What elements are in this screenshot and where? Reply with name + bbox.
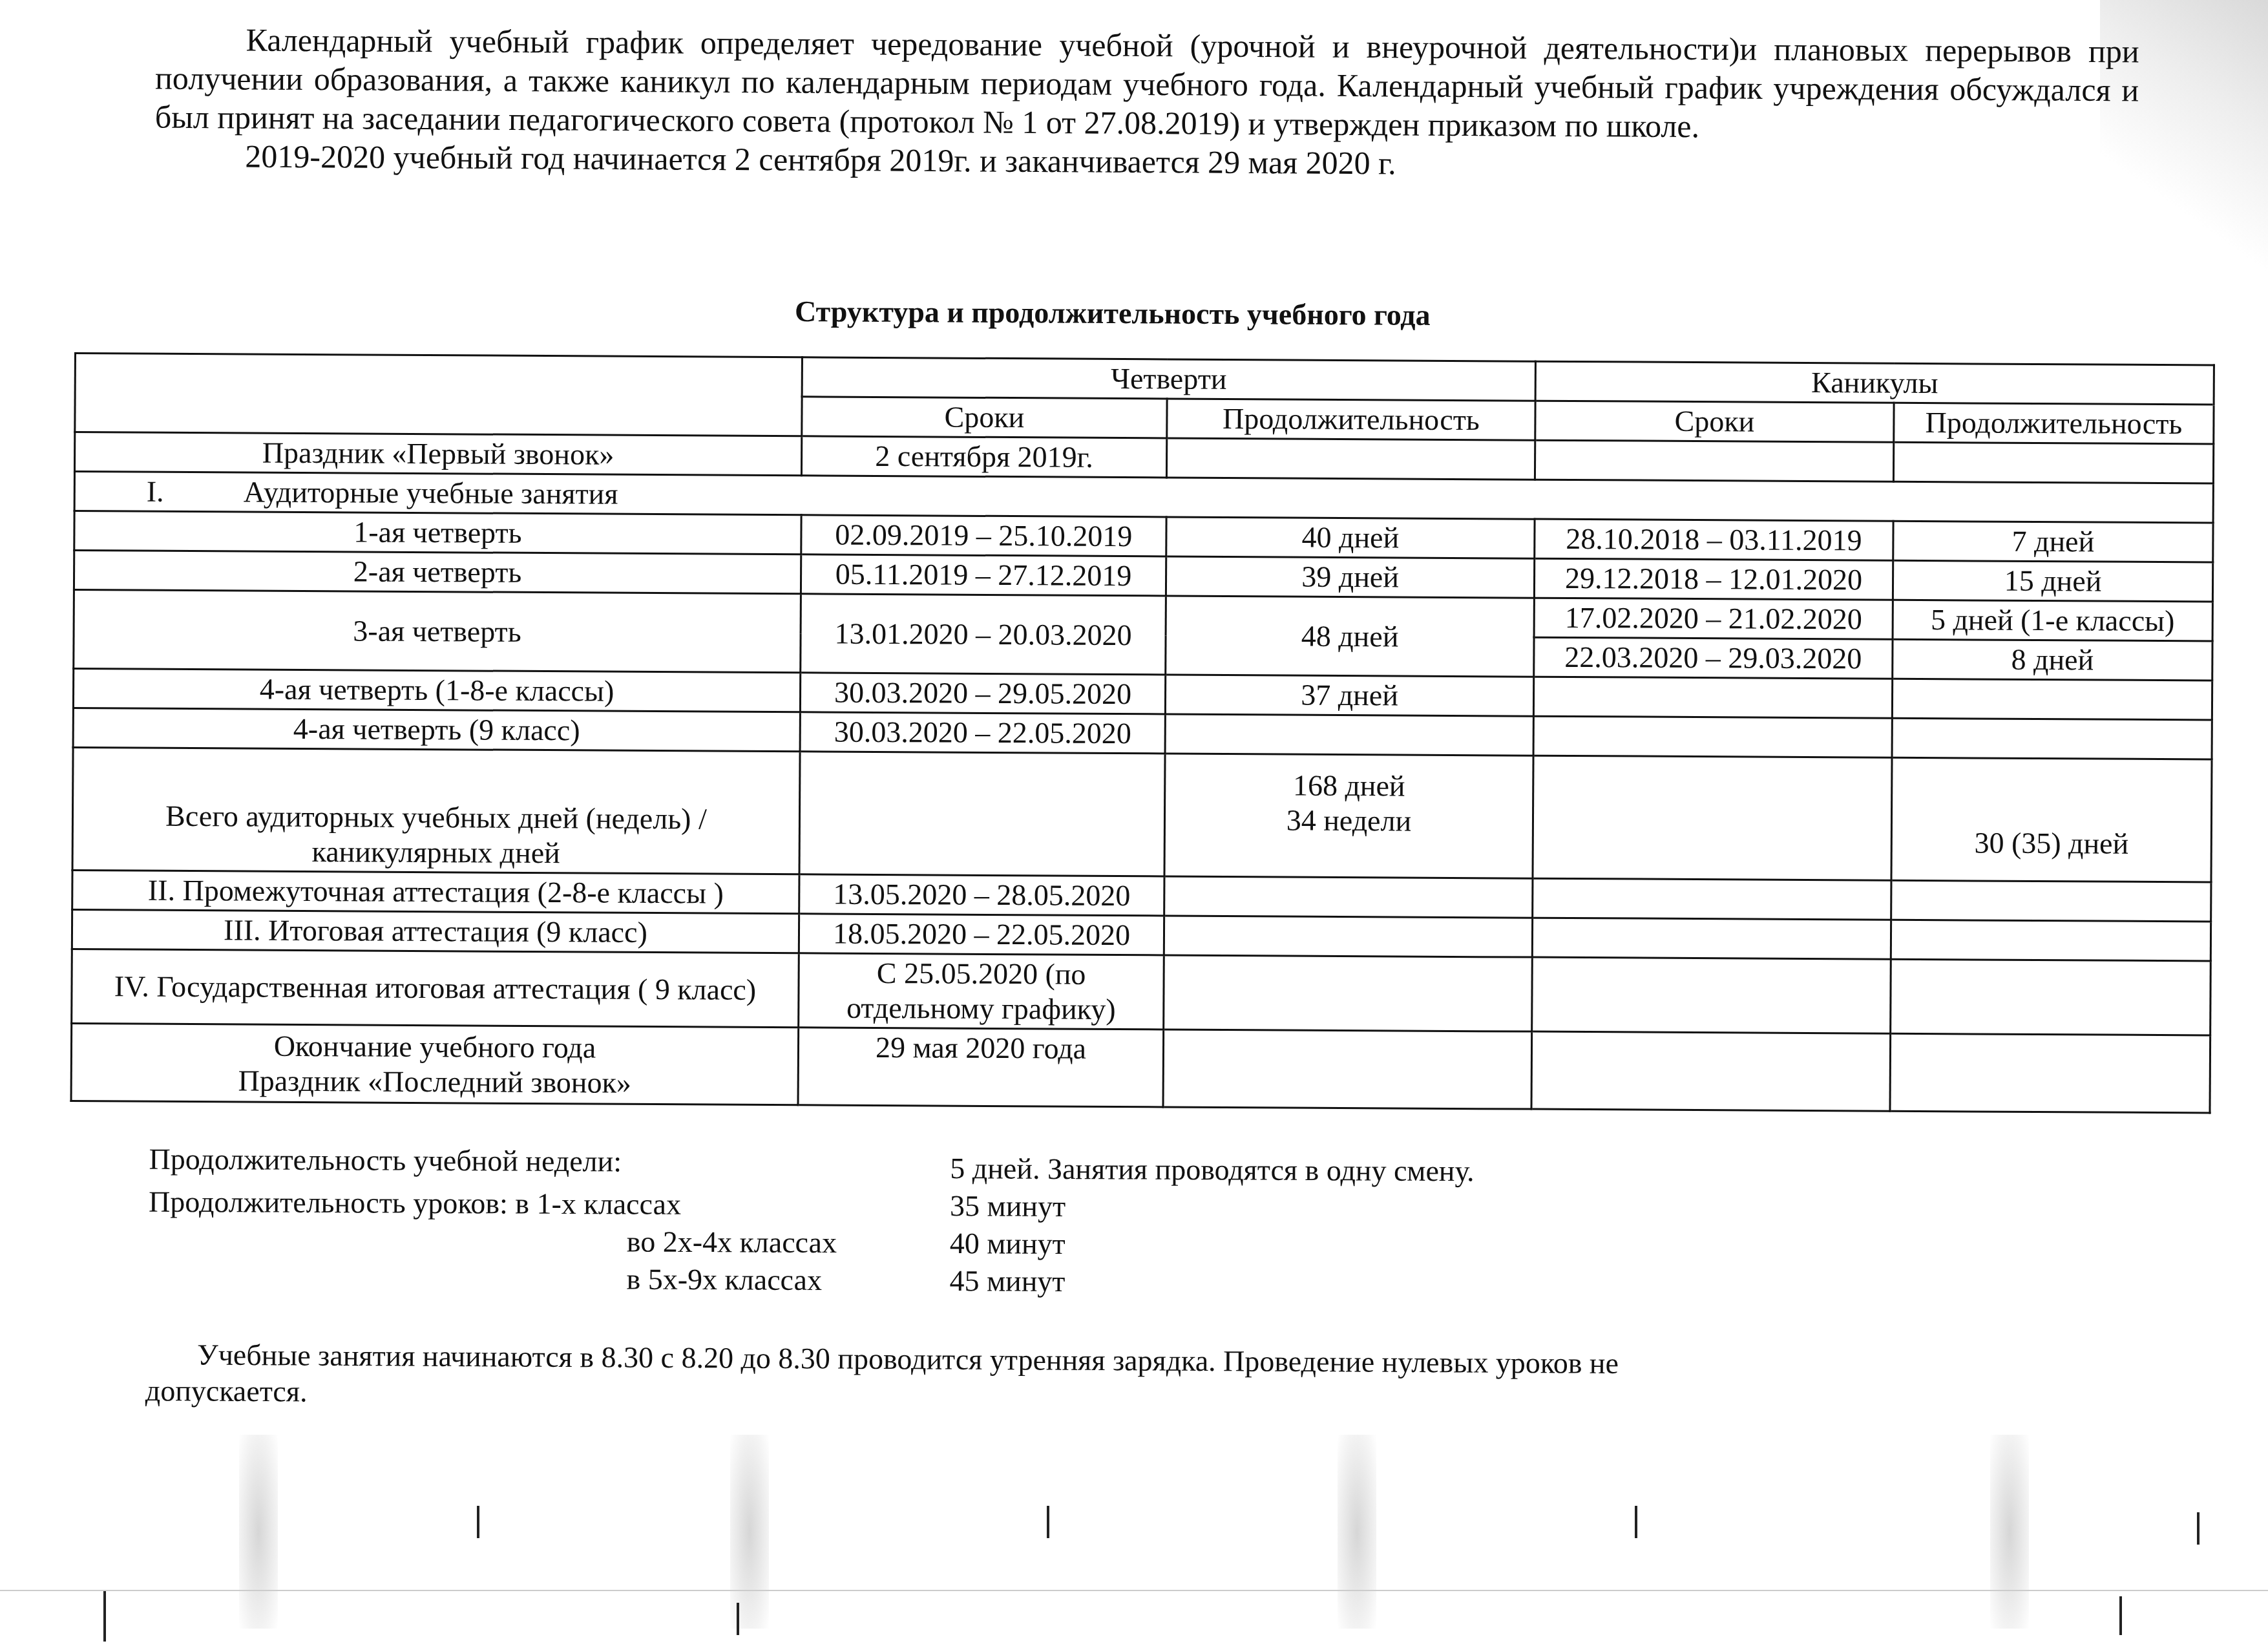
- total-row: Всего аудиторных учебных дней (недель) /…: [72, 747, 2212, 882]
- schedule-table: Четверти Каникулы Сроки Продолжительност…: [70, 352, 2213, 1114]
- header-quarter-duration: Продолжительность: [1167, 399, 1535, 440]
- header-holidays: Каникулы: [1535, 361, 2214, 405]
- total-days: 168 дней: [1170, 767, 1528, 804]
- section-number: I.: [147, 474, 244, 510]
- section-label: Аудиторные учебные занятия: [244, 475, 618, 510]
- scan-mark: [2119, 1596, 2122, 1635]
- row-label: Всего аудиторных учебных дней (недель) /…: [72, 747, 800, 874]
- row-holiday-dates: 28.10.2018 – 03.11.2019: [1535, 519, 1893, 560]
- row-label: Праздник «Первый звонок»: [74, 432, 801, 476]
- scan-mark: [2197, 1512, 2200, 1545]
- lesson-length-grades-2-4: 40 минут: [950, 1225, 1066, 1263]
- row-label: 3-ая четверть: [74, 590, 801, 673]
- week-length-value: 5 дней. Занятия проводятся в одну смену.: [950, 1150, 1474, 1190]
- scan-mark: [477, 1506, 479, 1538]
- row-duration: 39 дней: [1166, 556, 1534, 598]
- row-dates: 18.05.2020 – 22.05.2020: [799, 914, 1164, 955]
- row-holiday-dates: 17.02.2020 – 21.02.2020: [1534, 598, 1893, 639]
- intro-paragraph-1: Календарный учебный график определяет че…: [155, 20, 2139, 149]
- end-of-year-label: Окончание учебного года: [76, 1028, 793, 1066]
- scan-mark: [103, 1590, 106, 1642]
- lesson-length-grades-5-9: 45 минут: [949, 1262, 1065, 1300]
- scan-mark: [1047, 1506, 1049, 1538]
- scan-mark: [1635, 1506, 1637, 1538]
- row-holiday-duration: 15 дней: [1893, 560, 2212, 602]
- row-holiday-dates: 22.03.2020 – 29.03.2020: [1534, 637, 1893, 679]
- lesson-length-grade1: 35 минут: [950, 1187, 1066, 1225]
- row-dates: 2 сентября 2019г.: [801, 436, 1166, 478]
- row-dates: 13.01.2020 – 20.03.2020: [801, 594, 1166, 675]
- total-holiday-days: 30 (35) дней: [1891, 757, 2212, 882]
- row-label: II. Промежуточная аттестация (2-8-е клас…: [72, 870, 799, 913]
- table-title: Структура и продолжительность учебного г…: [795, 294, 1431, 332]
- grades-2-4-label: во 2х-4х классах: [149, 1221, 950, 1262]
- row-holiday-duration: 8 дней: [1893, 639, 2212, 681]
- header-quarters: Четверти: [802, 357, 1535, 401]
- table-row: IV. Государственная итоговая аттестация …: [72, 949, 2211, 1035]
- row-holiday-duration: 7 дней: [1893, 521, 2213, 562]
- row-holiday-dates: 29.12.2018 – 12.01.2020: [1534, 558, 1893, 600]
- closing-paragraph: Учебные занятия начинаются в 8.30 с 8.20…: [145, 1336, 1619, 1418]
- row-label: 4-ая четверть (1-8-е классы): [73, 669, 800, 712]
- lesson-length-label: Продолжительность уроков: в 1-х классах: [149, 1183, 950, 1225]
- lesson-duration-info: Продолжительность учебной недели: 5 дней…: [148, 1141, 1474, 1303]
- header-holiday-duration: Продолжительность: [1894, 403, 2214, 444]
- row-dates: 29 мая 2020 года: [798, 1028, 1164, 1107]
- row-dates: 02.09.2019 – 25.10.2019: [801, 515, 1166, 556]
- row-duration: 37 дней: [1165, 675, 1533, 716]
- scan-mark: [737, 1603, 739, 1635]
- total-duration: 168 дней 34 недели: [1164, 754, 1533, 878]
- scan-smudge: [1338, 1435, 1376, 1629]
- header-empty-cell: [75, 354, 803, 436]
- scan-smudge: [1990, 1435, 2029, 1629]
- row-dates: С 25.05.2020 (по отдельному графику): [799, 953, 1164, 1030]
- total-weeks: 34 недели: [1170, 802, 1528, 839]
- week-length-label: Продолжительность учебной недели:: [149, 1141, 950, 1187]
- scan-smudge: [730, 1435, 769, 1629]
- header-holiday-dates: Сроки: [1535, 401, 1894, 442]
- table-header-row: Четверти Каникулы: [75, 354, 2214, 405]
- row-dates: 05.11.2019 – 27.12.2019: [801, 555, 1166, 596]
- row-dates: 30.03.2020 – 29.05.2020: [800, 673, 1165, 714]
- intro-text: Календарный учебный график определяет че…: [154, 20, 2139, 187]
- row-duration: 40 дней: [1166, 517, 1535, 558]
- closing-note: Учебные занятия начинаются в 8.30 с 8.20…: [145, 1336, 1619, 1418]
- row-dates: 13.05.2020 – 28.05.2020: [799, 874, 1164, 916]
- row-label: Окончание учебного года Праздник «Послед…: [71, 1023, 799, 1104]
- row-holiday-duration: 5 дней (1-е классы): [1893, 600, 2212, 641]
- row-label: 2-ая четверть: [74, 551, 801, 594]
- row-dates: 30.03.2020 – 22.05.2020: [800, 712, 1165, 754]
- header-quarter-dates: Сроки: [802, 397, 1167, 438]
- scan-mark: [0, 1590, 2268, 1591]
- grades-5-9-label: в 5х-9х классах: [148, 1258, 949, 1300]
- row-label: 4-ая четверть (9 класс): [73, 708, 800, 751]
- row-label: IV. Государственная итоговая аттестация …: [72, 949, 799, 1027]
- last-bell-label: Праздник «Последний звонок»: [76, 1062, 793, 1101]
- table-row: Окончание учебного года Праздник «Послед…: [71, 1023, 2210, 1112]
- row-duration: 48 дней: [1166, 596, 1535, 677]
- scan-smudge: [239, 1435, 278, 1629]
- row-label: 1-ая четверть: [74, 511, 801, 555]
- row-label: III. Итоговая аттестация (9 класс): [72, 909, 799, 953]
